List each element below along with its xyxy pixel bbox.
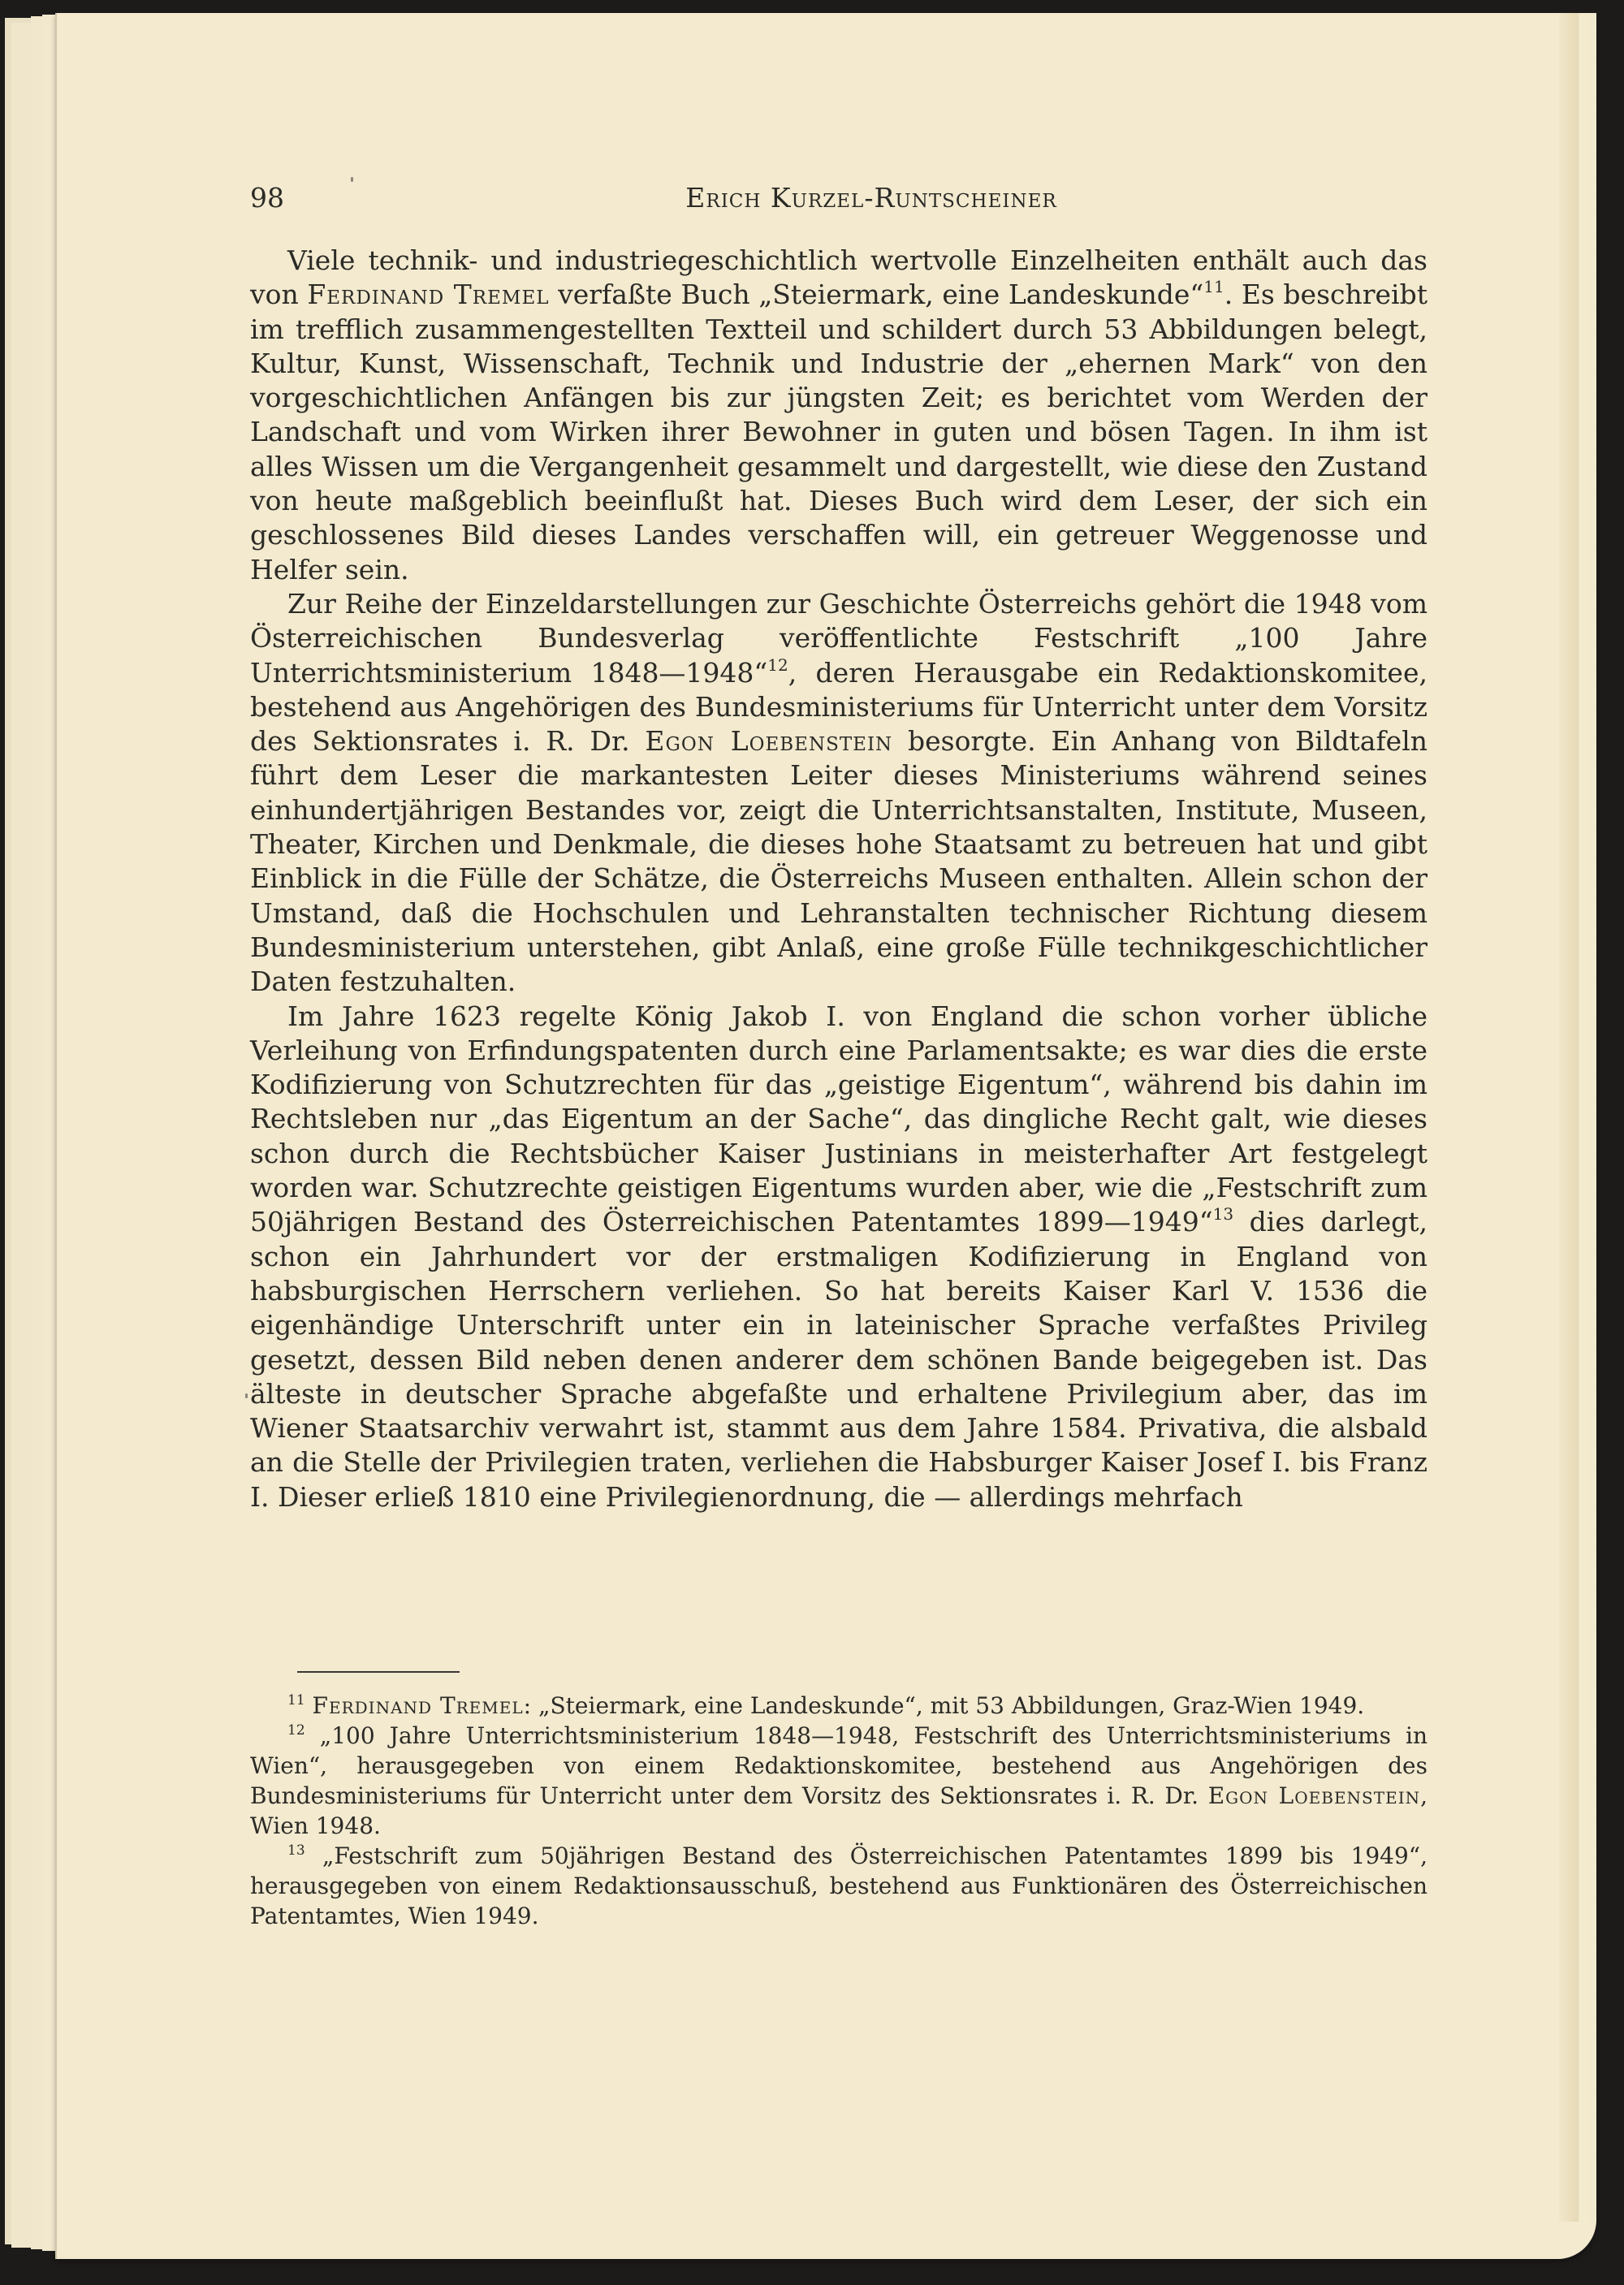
footnote-number: 12	[287, 1722, 305, 1739]
running-head: Erich Kurzel-Runtscheiner	[250, 182, 1427, 214]
footnote: 12 „100 Jahre Unterrichtsministerium 184…	[250, 1721, 1427, 1841]
footnote-reference[interactable]: 11	[1203, 277, 1224, 296]
footnote: 13 „Festschrift zum 50jährigen Bestand d…	[250, 1841, 1427, 1931]
body-text: Viele technik- und industriegeschichtlic…	[250, 244, 1427, 1514]
page-gutter	[1559, 13, 1596, 2222]
paragraph: Zur Reihe der Einzeldarstellungen zur Ge…	[250, 587, 1427, 1000]
page-header: 98 Erich Kurzel-Runtscheiner	[250, 182, 1427, 222]
author-name: Egon Loebenstein	[1208, 1782, 1420, 1809]
paper-speck	[245, 1393, 248, 1398]
paragraph: Im Jahre 1623 regelte König Jakob I. von…	[250, 1000, 1427, 1514]
footnote-number: 11	[287, 1692, 305, 1708]
paragraph: Viele technik- und industriegeschichtlic…	[250, 244, 1427, 587]
footnote-separator	[297, 1671, 460, 1673]
footnotes: 11 Ferdinand Tremel: „Steiermark, eine L…	[250, 1691, 1427, 1931]
author-name: Egon Loebenstein	[645, 725, 892, 757]
paper-speck	[351, 177, 353, 182]
footnote-reference[interactable]: 13	[1213, 1204, 1233, 1224]
author-name: Ferdinand Tremel	[307, 279, 549, 310]
author-name: Ferdinand Tremel	[313, 1692, 524, 1719]
footnote-number: 13	[287, 1842, 305, 1859]
footnote: 11 Ferdinand Tremel: „Steiermark, eine L…	[250, 1691, 1427, 1721]
footnote-reference[interactable]: 12	[767, 655, 788, 675]
